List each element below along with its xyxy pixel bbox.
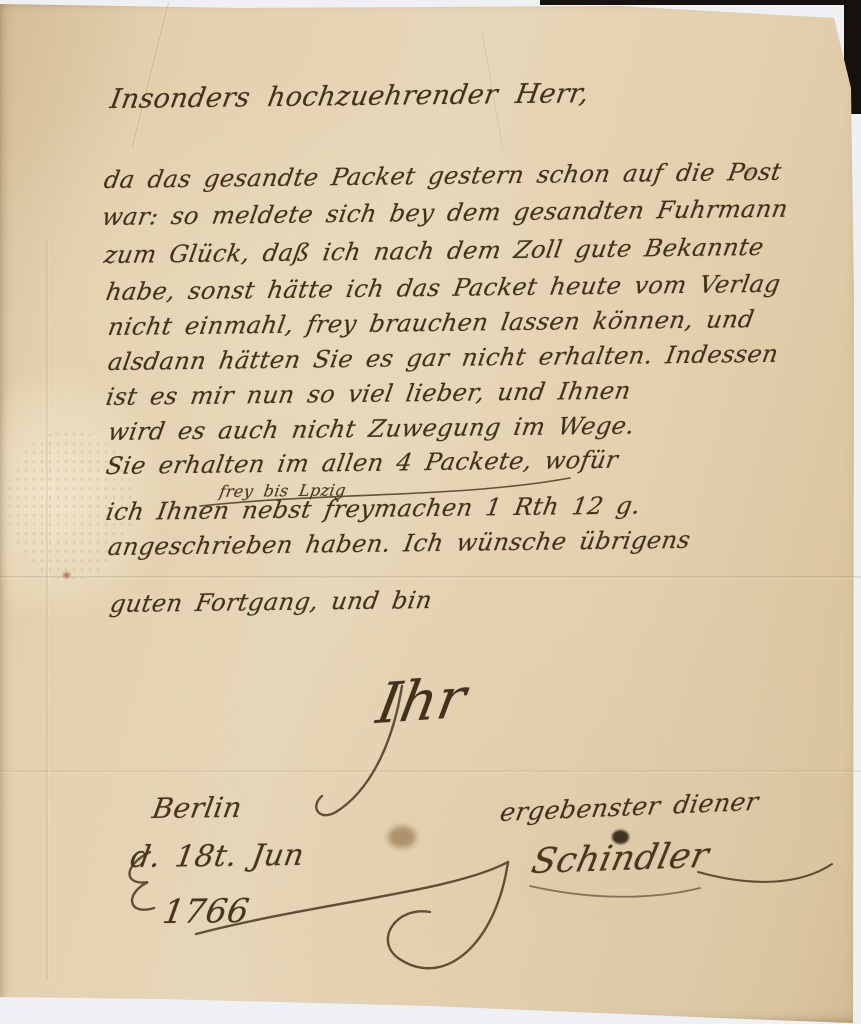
valediction: Ihr — [372, 666, 471, 737]
scanner-dark-top-edge — [540, 0, 861, 5]
scanned-letter-page: Insonders hochzuehrender Herr, da das ge… — [0, 0, 861, 1024]
letter-line: guten Fortgang, und bin — [108, 586, 434, 618]
dateline-day: d. 18t. Jun — [128, 838, 307, 875]
salutation: Insonders hochzuehrender Herr, — [108, 78, 591, 115]
dateline-place: Berlin — [150, 791, 244, 825]
signature: Schindler — [528, 836, 712, 882]
dateline-year: 1766 — [160, 891, 252, 931]
